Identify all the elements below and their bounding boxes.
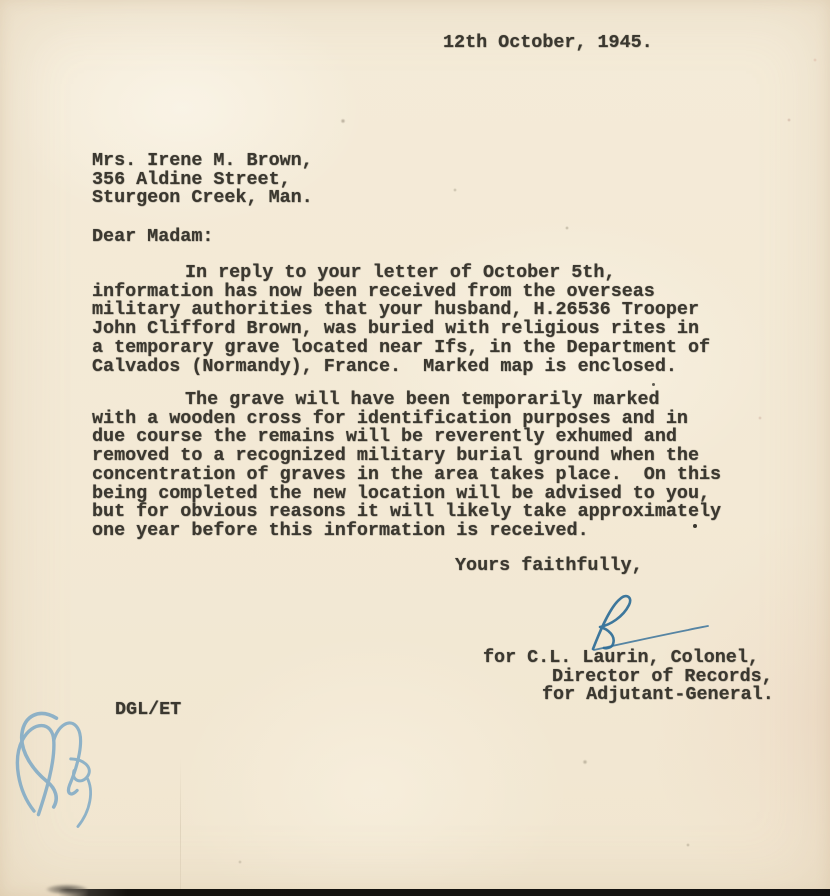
body-line: removed to a recognized military burial … bbox=[92, 447, 721, 466]
paragraph-1: In reply to your letter of October 5th, … bbox=[92, 264, 710, 376]
recipient-city: Sturgeon Creek, Man. bbox=[92, 189, 313, 208]
signatory-line: for C.L. Laurin, Colonel, bbox=[483, 649, 774, 668]
ink-dot bbox=[693, 524, 697, 528]
body-line: a temporary grave located near Ifs, in t… bbox=[92, 339, 710, 358]
scan-edge-bar bbox=[58, 889, 830, 896]
approval-initials-mark-icon bbox=[0, 696, 127, 846]
paper-crease bbox=[180, 758, 181, 896]
letter-date: 12th October, 1945. bbox=[443, 34, 653, 53]
typist-initials: DGL/ET bbox=[115, 701, 181, 720]
ink-dot bbox=[652, 383, 655, 386]
signatory-authority: for Adjutant-General. bbox=[542, 686, 774, 705]
salutation: Dear Madam: bbox=[92, 228, 213, 247]
letter-page: 12th October, 1945. Mrs. Irene M. Brown,… bbox=[0, 0, 830, 896]
body-line: In reply to your letter of October 5th, bbox=[92, 264, 710, 283]
paragraph-2: The grave will have been temporarily mar… bbox=[92, 391, 721, 541]
body-line: John Clifford Brown, was buried with rel… bbox=[92, 320, 710, 339]
signature-block: for C.L. Laurin, Colonel, Director of Re… bbox=[483, 649, 774, 705]
recipient-address: Mrs. Irene M. Brown, 356 Aldine Street, … bbox=[92, 152, 313, 208]
body-line: one year before this information is rece… bbox=[92, 522, 721, 541]
closing: Yours faithfully, bbox=[455, 557, 643, 576]
body-line: concentration of graves in the area take… bbox=[92, 466, 721, 485]
recipient-name: Mrs. Irene M. Brown, bbox=[92, 152, 313, 171]
body-line: Calvados (Normandy), France. Marked map … bbox=[92, 358, 710, 377]
body-line: The grave will have been temporarily mar… bbox=[92, 391, 721, 410]
